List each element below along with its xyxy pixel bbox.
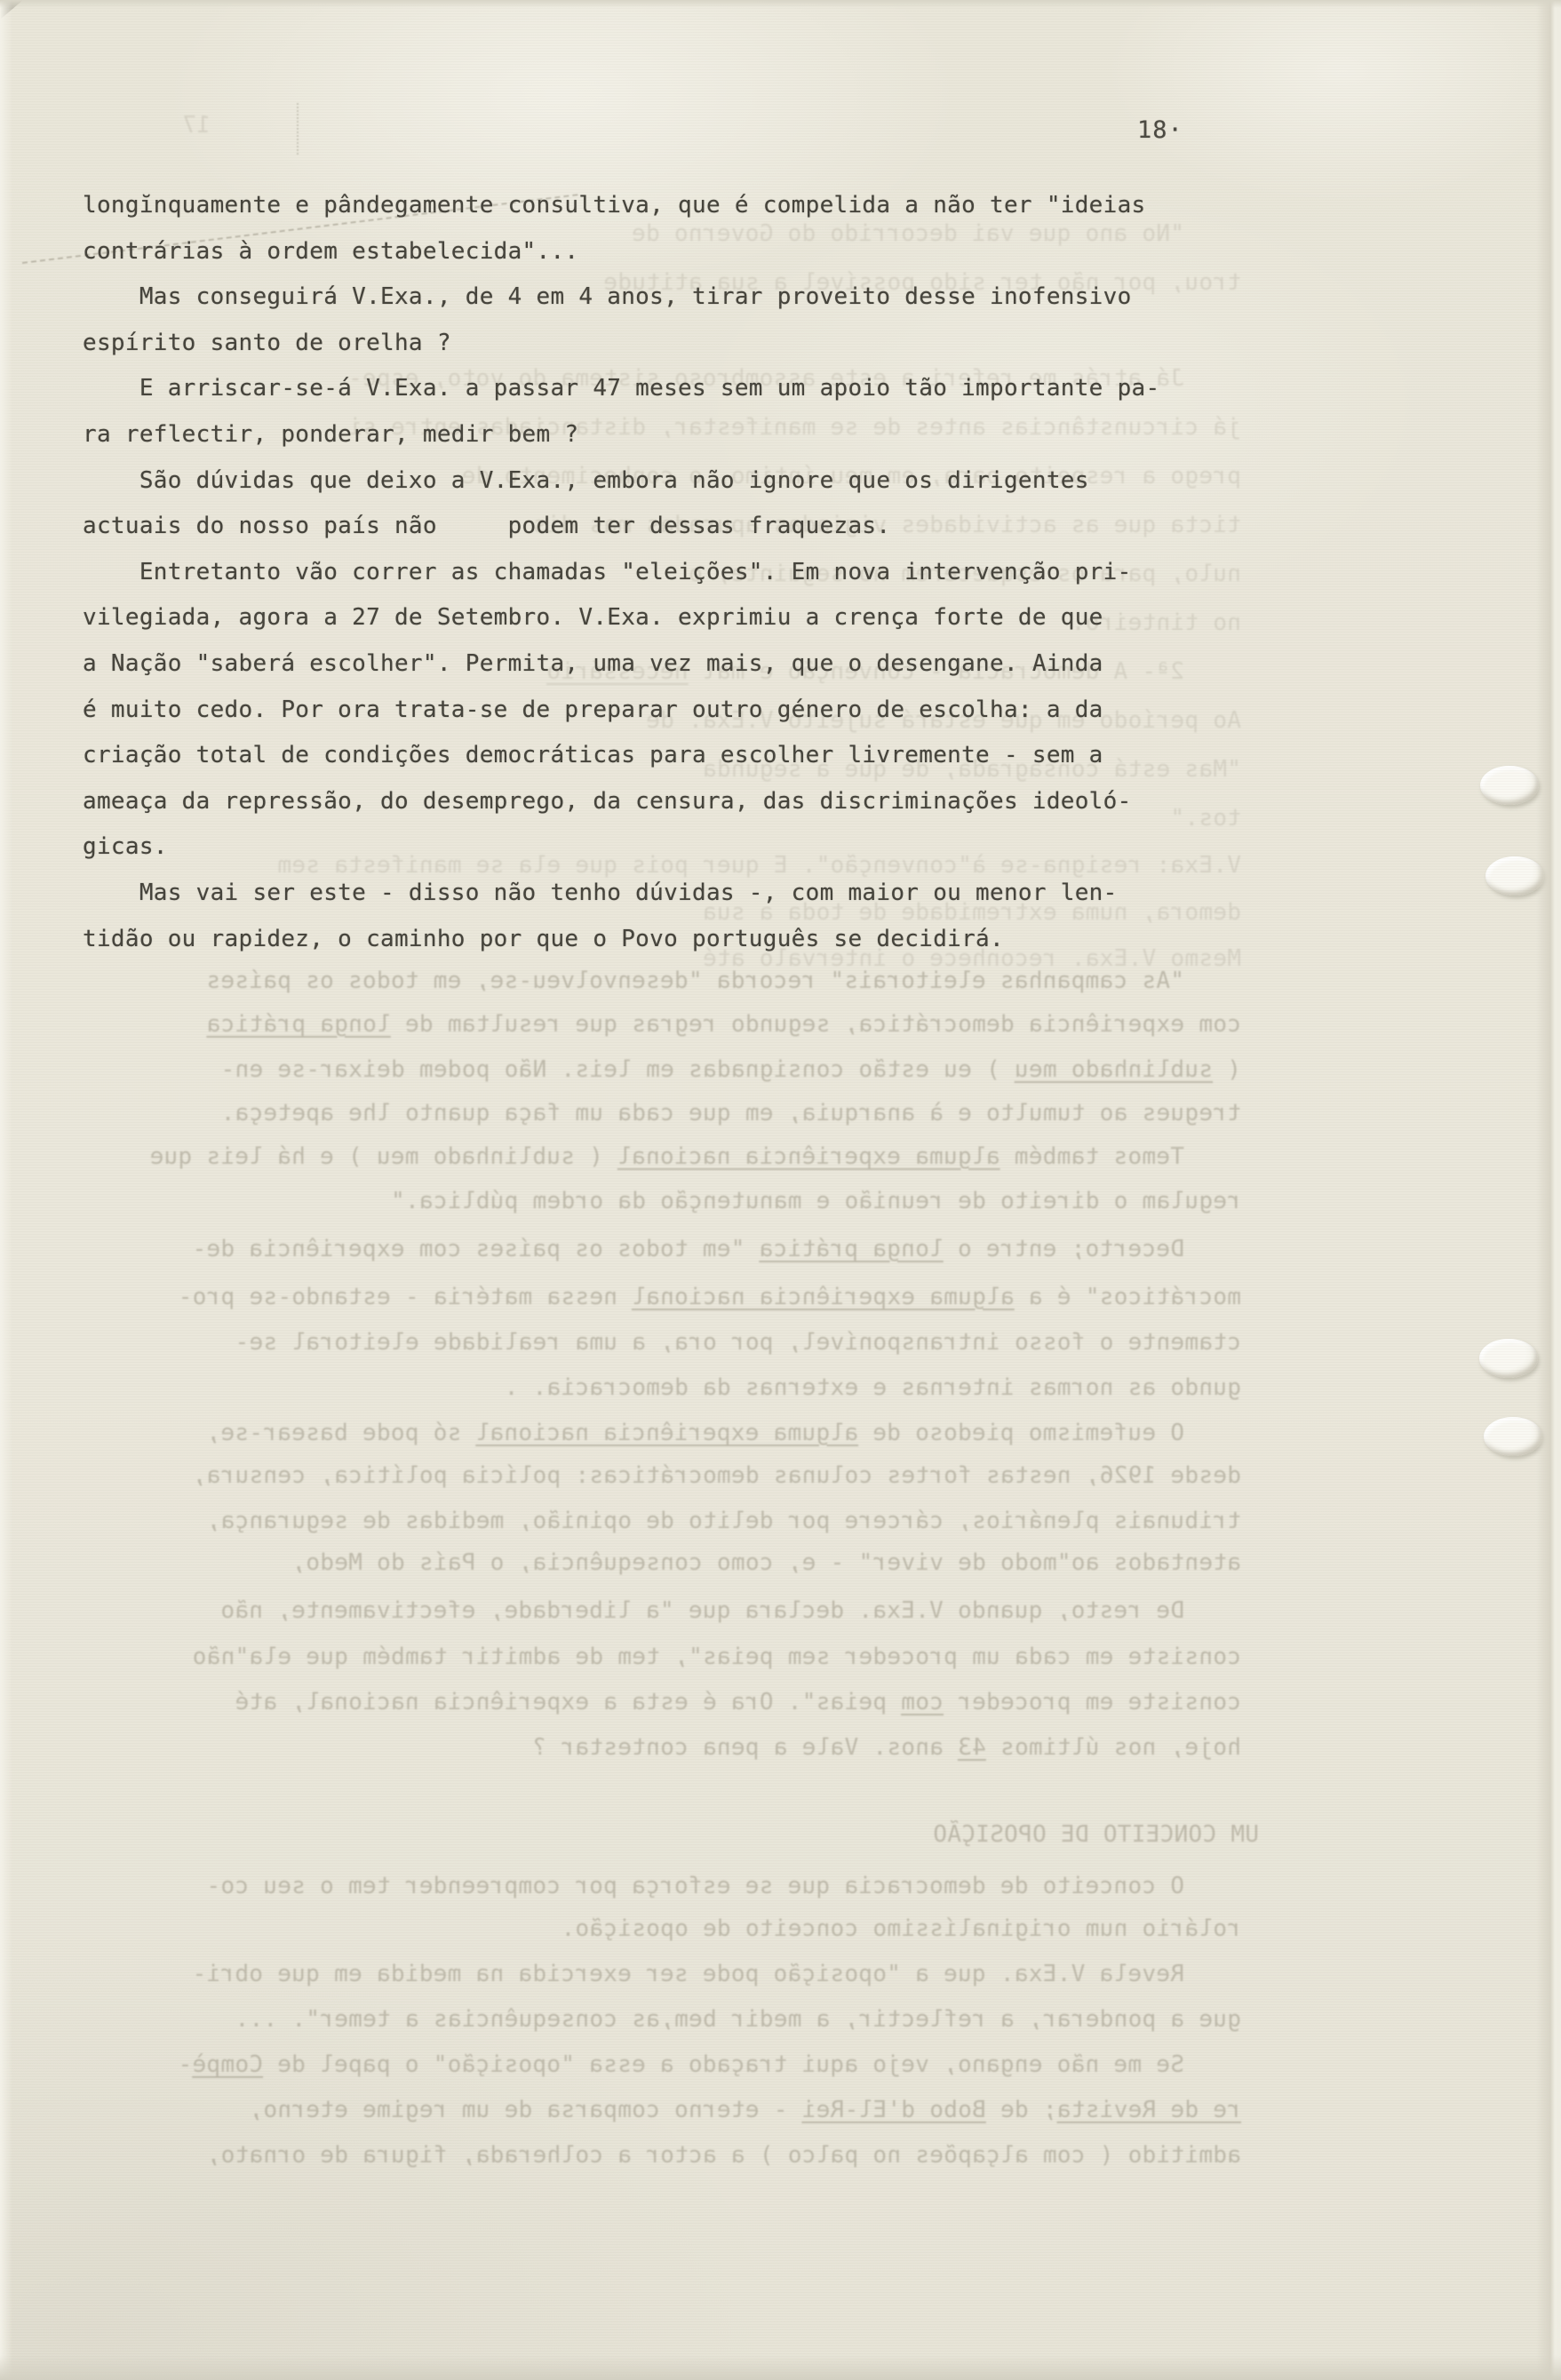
- paper-emboss-hole: [1484, 1417, 1542, 1456]
- paper-edge-top: [0, 0, 1561, 8]
- paper-emboss-hole: [1479, 1339, 1538, 1378]
- paper-edge-right: [1536, 0, 1561, 2380]
- paper-emboss-hole: [1480, 766, 1539, 805]
- paper-edge-bottom: [0, 2355, 1561, 2380]
- paper-edge-left: [0, 0, 12, 2380]
- punch-holes: [0, 0, 1561, 2380]
- scanned-document-page: 17"No ano que vai decorrido do Governo d…: [0, 0, 1561, 2380]
